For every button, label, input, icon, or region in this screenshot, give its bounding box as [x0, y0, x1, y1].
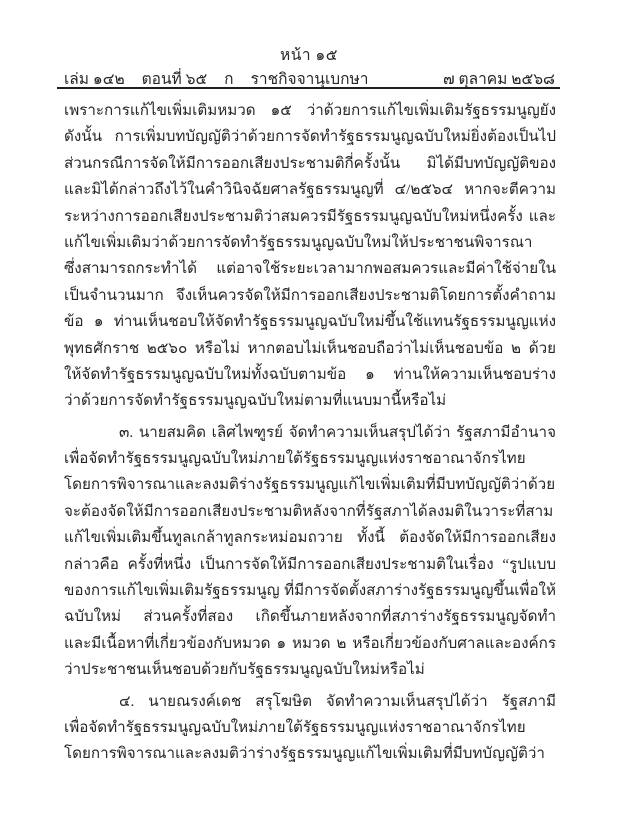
text-line: ให้จัดทำรัฐธรรมนูญฉบับใหม่ทั้งฉบับตามข้อ…	[64, 362, 556, 388]
text-line: โดยการพิจารณาและลงมติร่างรัฐธรรมนูญแก้ไข…	[64, 472, 556, 498]
page-number: หน้า ๑๕	[0, 42, 618, 67]
text-line: โดยการพิจารณาและลงมติว่าร่างรัฐธรรมนูญแก…	[64, 741, 556, 767]
text-line: ส่วนกรณีการจัดให้มีการออกเสียงประชามติกี…	[64, 151, 556, 177]
text-line: ๔. นายณรงค์เดช สรุโฆษิต จัดทำความเห็นสรุ…	[64, 689, 556, 715]
text-line: แก้ไขเพิ่มเติมขึ้นทูลเกล้าทูลกระหม่อมถวา…	[64, 525, 556, 551]
text-line: พุทธศักราช ๒๕๖๐ หรือไม่ หากตอบไม่เห็นชอบ…	[64, 336, 556, 362]
text-line: เป็นจำนวนมาก จึงเห็นควรจัดให้มีการออกเสี…	[64, 283, 556, 309]
text-line: ว่าประชาชนเห็นชอบด้วยกับรัฐธรรมนูญฉบับให…	[64, 657, 556, 683]
text-line: ฉบับใหม่ ส่วนครั้งที่สอง เกิดขึ้นภายหลัง…	[64, 604, 556, 630]
text-line: ๓. นายสมคิด เลิศไพฑูรย์ จัดทำความเห็นสรุ…	[64, 420, 556, 446]
header-row: เล่ม ๑๔๒ ตอนที่ ๖๕ ก ราชกิจจานุเบกษา ๗ ต…	[64, 66, 555, 87]
gazette-page: หน้า ๑๕ เล่ม ๑๔๒ ตอนที่ ๖๕ ก ราชกิจจานุเ…	[0, 0, 618, 815]
text-line: ดังนั้น การเพิ่มบทบัญญัติว่าด้วยการจัดทำ…	[64, 124, 556, 150]
text-line: จะต้องจัดให้มีการออกเสียงประชามติหลังจาก…	[64, 499, 556, 525]
text-line: ข้อ ๑ ท่านเห็นชอบให้จัดทำรัฐธรรมนูญฉบับใ…	[64, 309, 556, 335]
paragraph: เพราะการแก้ไขเพิ่มเติมหมวด ๑๕ ว่าด้วยการ…	[64, 98, 556, 415]
text-line: ซึ่งสามารถกระทำได้ แต่อาจใช้ระยะเวลามากพ…	[64, 256, 556, 282]
paragraph: ๓. นายสมคิด เลิศไพฑูรย์ จัดทำความเห็นสรุ…	[64, 420, 556, 684]
text-line: และมิได้กล่าวถึงไว้ในคำวินิจฉัยศาลรัฐธรร…	[64, 177, 556, 203]
text-line: ว่าด้วยการจัดทำรัฐธรรมนูญฉบับใหม่ตามที่แ…	[64, 388, 556, 414]
paragraph: ๔. นายณรงค์เดช สรุโฆษิต จัดทำความเห็นสรุ…	[64, 689, 556, 768]
document-body: เพราะการแก้ไขเพิ่มเติมหมวด ๑๕ ว่าด้วยการ…	[64, 98, 556, 768]
text-line: ของการแก้ไขเพิ่มเติมรัฐธรรมนูญ ที่มีการจ…	[64, 578, 556, 604]
text-line: และมีเนื้อหาที่เกี่ยวข้องกับหมวด ๑ หมวด …	[64, 631, 556, 657]
text-line: เพราะการแก้ไขเพิ่มเติมหมวด ๑๕ ว่าด้วยการ…	[64, 98, 556, 124]
text-line: ระหว่างการออกเสียงประชามติว่าสมควรมีรัฐธ…	[64, 204, 556, 230]
text-line: เพื่อจัดทำรัฐธรรมนูญฉบับใหม่ภายใต้รัฐธรร…	[64, 446, 556, 472]
header-rule	[57, 87, 560, 89]
text-line: กล่าวคือ ครั้งที่หนึ่ง เป็นการจัดให้มีกา…	[64, 552, 556, 578]
text-line: แก้ไขเพิ่มเติมว่าด้วยการจัดทำรัฐธรรมนูญฉ…	[64, 230, 556, 256]
text-line: เพื่อจัดทำรัฐธรรมนูญฉบับใหม่ภายใต้รัฐธรร…	[64, 715, 556, 741]
